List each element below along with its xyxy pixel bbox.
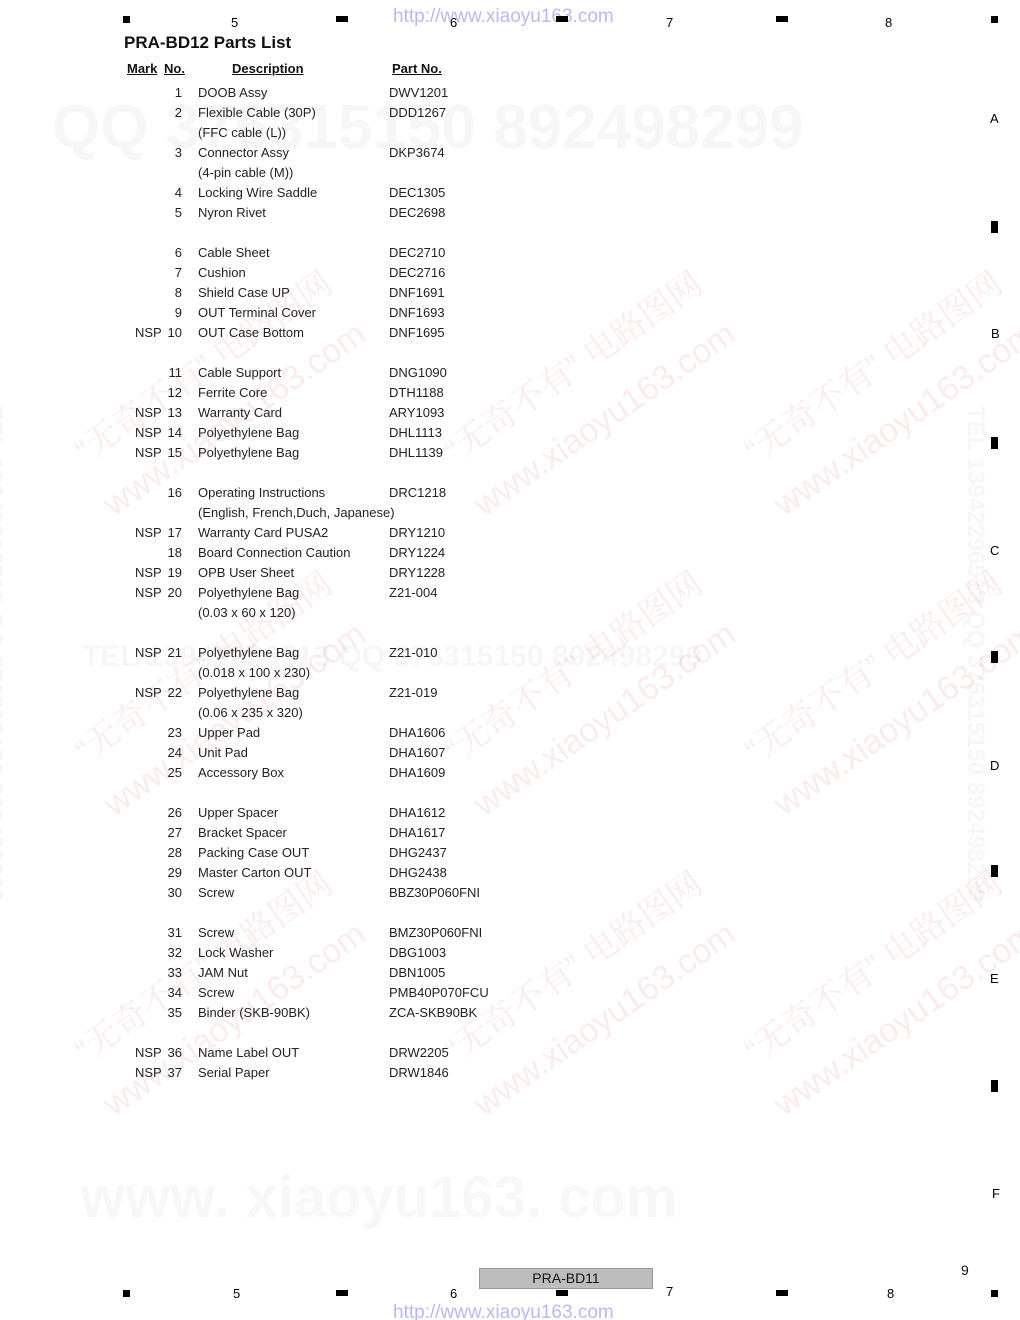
watermark-vertical-right: TEL 13942296513 QQ 376315150 892498299 [961,406,989,902]
table-row: 29Master Carton OUTDHG2438 [0,865,600,885]
table-row: 11Cable SupportDNG1090 [0,365,600,385]
grid-row-label: B [991,326,1000,341]
cell-no: 13 [150,405,182,420]
cell-description: Serial Paper [198,1065,270,1080]
registration-mark [123,1290,130,1297]
cell-no: 22 [150,685,182,700]
cell-description: (0.06 x 235 x 320) [198,705,303,720]
registration-mark [991,651,998,663]
cell-no: 1 [150,85,182,100]
watermark-red: “无奇不有” 电路图网 [733,857,1010,1072]
table-row: NSP15Polyethylene BagDHL1139 [0,445,600,465]
cell-description: Accessory Box [198,765,284,780]
cell-part-no: DDD1267 [389,105,446,120]
cell-description: (English, French,Duch, Japanese) [198,505,395,520]
cell-no: 37 [150,1065,182,1080]
table-row: 1DOOB AssyDWV1201 [0,85,600,105]
cell-part-no: Z21-019 [389,685,437,700]
cell-description: Flexible Cable (30P) [198,105,316,120]
cell-part-no: DEC2698 [389,205,445,220]
table-row: NSP22Polyethylene BagZ21-019 [0,685,600,705]
cell-part-no: DNG1090 [389,365,447,380]
table-row: 2Flexible Cable (30P)DDD1267 [0,105,600,125]
cell-description: Polyethylene Bag [198,645,299,660]
cell-no: 35 [150,1005,182,1020]
table-row: 5Nyron RivetDEC2698 [0,205,600,225]
table-row: NSP14Polyethylene BagDHL1113 [0,425,600,445]
table-row: (4-pin cable (M)) [0,165,600,185]
cell-description: Name Label OUT [198,1045,299,1060]
cell-no: 12 [150,385,182,400]
cell-description: Ferrite Core [198,385,267,400]
cell-description: OUT Case Bottom [198,325,304,340]
cell-part-no: DNF1695 [389,325,445,340]
cell-description: Locking Wire Saddle [198,185,317,200]
cell-part-no: DNF1691 [389,285,445,300]
watermark-site: www. xiaoyu163. com [80,1164,677,1231]
cell-description: Warranty Card [198,405,282,420]
registration-mark [556,16,568,22]
cell-description: Screw [198,885,234,900]
cell-no: 32 [150,945,182,960]
cell-part-no: DEC2710 [389,245,445,260]
cell-description: Polyethylene Bag [198,685,299,700]
cell-no: 2 [150,105,182,120]
table-row: 25Accessory BoxDHA1609 [0,765,600,785]
grid-row-label: E [990,971,999,986]
cell-part-no: DBN1005 [389,965,445,980]
table-row: 35Binder (SKB-90BK)ZCA-SKB90BK [0,1005,600,1025]
cell-description: Packing Case OUT [198,845,309,860]
cell-description: Unit Pad [198,745,248,760]
table-row: 6Cable SheetDEC2710 [0,245,600,265]
cell-no: 6 [150,245,182,260]
grid-column-label: 5 [233,1286,240,1301]
table-row: (FFC cable (L)) [0,125,600,145]
grid-row-label: D [990,758,999,773]
cell-description: Cable Sheet [198,245,270,260]
cell-no: 29 [150,865,182,880]
cell-part-no: DBG1003 [389,945,446,960]
cell-description: Lock Washer [198,945,273,960]
cell-part-no: Z21-010 [389,645,437,660]
table-row: NSP37Serial PaperDRW1846 [0,1065,600,1085]
table-row: 23Upper PadDHA1606 [0,725,600,745]
cell-description: (4-pin cable (M)) [198,165,293,180]
table-row: 3Connector AssyDKP3674 [0,145,600,165]
cell-part-no: DEC1305 [389,185,445,200]
cell-description: Operating Instructions [198,485,325,500]
cell-description: Upper Spacer [198,805,278,820]
cell-no: 18 [150,545,182,560]
cell-no: 28 [150,845,182,860]
header-part-no: Part No. [392,61,442,76]
table-row: NSP36Name Label OUTDRW2205 [0,1045,600,1065]
cell-no: 7 [150,265,182,280]
table-row: NSP19OPB User SheetDRY1228 [0,565,600,585]
cell-no: 5 [150,205,182,220]
grid-column-label: 6 [450,15,457,30]
registration-mark [776,16,788,22]
cell-description: (0.03 x 60 x 120) [198,605,296,620]
watermark-red: www.xiaoyu163.com [767,615,1020,825]
cell-description: OPB User Sheet [198,565,294,580]
table-row: 31ScrewBMZ30P060FNI [0,925,600,945]
cell-part-no: DHA1606 [389,725,445,740]
cell-part-no: DHG2438 [389,865,447,880]
cell-part-no: DHL1139 [389,445,443,460]
cell-no: 23 [150,725,182,740]
table-row: 7CushionDEC2716 [0,265,600,285]
grid-column-label: 5 [231,15,238,30]
cell-part-no: DKP3674 [389,145,445,160]
registration-mark [991,16,998,23]
cell-part-no: DHA1612 [389,805,445,820]
cell-part-no: DRY1210 [389,525,445,540]
registration-mark [991,1290,998,1297]
registration-mark [336,16,348,22]
grid-column-label: 7 [666,15,673,30]
header-no: No. [164,61,185,76]
cell-part-no: DRY1228 [389,565,445,580]
cell-description: Polyethylene Bag [198,445,299,460]
cell-description: Cushion [198,265,246,280]
table-row: 30ScrewBBZ30P060FNI [0,885,600,905]
cell-description: (0.018 x 100 x 230) [198,665,310,680]
cell-part-no: DWV1201 [389,85,448,100]
cell-description: DOOB Assy [198,85,267,100]
cell-no: 16 [150,485,182,500]
cell-part-no: BBZ30P060FNI [389,885,480,900]
cell-part-no: DHL1113 [389,425,442,440]
table-row: 32Lock WasherDBG1003 [0,945,600,965]
page-title: PRA-BD12 Parts List [124,33,291,53]
cell-part-no: DHA1607 [389,745,445,760]
grid-column-label: 6 [450,1286,457,1301]
cell-no: 14 [150,425,182,440]
cell-part-no: DNF1693 [389,305,445,320]
cell-no: 21 [150,645,182,660]
table-row: 24Unit PadDHA1607 [0,745,600,765]
grid-row-label: C [990,543,999,558]
cell-description: Polyethylene Bag [198,425,299,440]
table-row: NSP20Polyethylene BagZ21-004 [0,585,600,605]
cell-part-no: DRW1846 [389,1065,449,1080]
registration-mark [776,1290,788,1296]
cell-no: 4 [150,185,182,200]
grid-column-label: 8 [887,1286,894,1301]
registration-mark [991,1080,998,1092]
cell-no: 24 [150,745,182,760]
cell-no: 15 [150,445,182,460]
table-row: 18Board Connection CautionDRY1224 [0,545,600,565]
watermark-red: www.xiaoyu163.com [767,315,1020,525]
header-description: Description [232,61,304,76]
cell-no: 25 [150,765,182,780]
cell-no: 19 [150,565,182,580]
table-row: (0.018 x 100 x 230) [0,665,600,685]
cell-part-no: DTH1188 [389,385,444,400]
cell-description: OUT Terminal Cover [198,305,316,320]
table-row: 28Packing Case OUTDHG2437 [0,845,600,865]
cell-part-no: ZCA-SKB90BK [389,1005,477,1020]
cell-no: 27 [150,825,182,840]
cell-part-no: BMZ30P060FNI [389,925,482,940]
cell-no: 10 [150,325,182,340]
cell-description: Upper Pad [198,725,260,740]
cell-description: Cable Support [198,365,281,380]
cell-no: 20 [150,585,182,600]
grid-column-label: 8 [885,15,892,30]
source-url-bottom[interactable]: http://www.xiaoyu163.com [393,1302,614,1320]
table-row: (0.06 x 235 x 320) [0,705,600,725]
cell-part-no: DRY1224 [389,545,445,560]
header-mark: Mark [127,61,157,76]
cell-no: 17 [150,525,182,540]
cell-no: 36 [150,1045,182,1060]
cell-part-no: ARY1093 [389,405,444,420]
table-row: 8Shield Case UPDNF1691 [0,285,600,305]
registration-mark [991,865,998,877]
registration-mark [123,16,130,23]
cell-part-no: PMB40P070FCU [389,985,489,1000]
cell-description: Warranty Card PUSA2 [198,525,328,540]
cell-part-no: DHA1609 [389,765,445,780]
registration-mark [556,1290,568,1296]
watermark-red: “无奇不有” 电路图网 [733,557,1010,772]
cell-description: Board Connection Caution [198,545,351,560]
cell-description: Binder (SKB-90BK) [198,1005,310,1020]
cell-no: 9 [150,305,182,320]
cell-part-no: DHA1617 [389,825,445,840]
footer-model-label: PRA-BD11 [479,1268,653,1289]
cell-no: 26 [150,805,182,820]
cell-part-no: DRW2205 [389,1045,449,1060]
cell-no: 8 [150,285,182,300]
watermark-red: www.xiaoyu163.com [767,915,1020,1125]
cell-part-no: DHG2437 [389,845,447,860]
table-row: (English, French,Duch, Japanese) [0,505,600,525]
cell-description: Nyron Rivet [198,205,266,220]
table-row: NSP21Polyethylene BagZ21-010 [0,645,600,665]
table-row: (0.03 x 60 x 120) [0,605,600,625]
table-row: 33JAM NutDBN1005 [0,965,600,985]
table-row: NSP10OUT Case BottomDNF1695 [0,325,600,345]
cell-description: Screw [198,925,234,940]
cell-description: Screw [198,985,234,1000]
cell-description: Shield Case UP [198,285,290,300]
table-row: NSP17Warranty Card PUSA2DRY1210 [0,525,600,545]
cell-part-no: DEC2716 [389,265,445,280]
cell-no: 11 [150,365,182,380]
table-row: 12Ferrite CoreDTH1188 [0,385,600,405]
table-row: 34ScrewPMB40P070FCU [0,985,600,1005]
cell-no: 33 [150,965,182,980]
cell-part-no: DRC1218 [389,485,446,500]
grid-column-label: 7 [666,1284,673,1299]
cell-no: 31 [150,925,182,940]
table-row: 9OUT Terminal CoverDNF1693 [0,305,600,325]
cell-description: Bracket Spacer [198,825,287,840]
grid-row-label: A [990,111,999,126]
registration-mark [991,221,998,233]
cell-description: Connector Assy [198,145,289,160]
registration-mark [991,437,998,449]
cell-description: Master Carton OUT [198,865,311,880]
grid-row-label: F [992,1186,1000,1201]
table-row: NSP13Warranty CardARY1093 [0,405,600,425]
cell-no: 34 [150,985,182,1000]
watermark-red: “无奇不有” 电路图网 [733,257,1010,472]
cell-description: Polyethylene Bag [198,585,299,600]
cell-part-no: Z21-004 [389,585,437,600]
cell-no: 30 [150,885,182,900]
registration-mark [336,1290,348,1296]
table-row: 26Upper SpacerDHA1612 [0,805,600,825]
page-number: 9 [961,1262,969,1278]
cell-description: JAM Nut [198,965,248,980]
source-url-top[interactable]: http://www.xiaoyu163.com [393,6,614,28]
cell-description: (FFC cable (L)) [198,125,286,140]
table-row: 4Locking Wire SaddleDEC1305 [0,185,600,205]
table-row: 16Operating InstructionsDRC1218 [0,485,600,505]
cell-no: 3 [150,145,182,160]
table-row: 27Bracket SpacerDHA1617 [0,825,600,845]
